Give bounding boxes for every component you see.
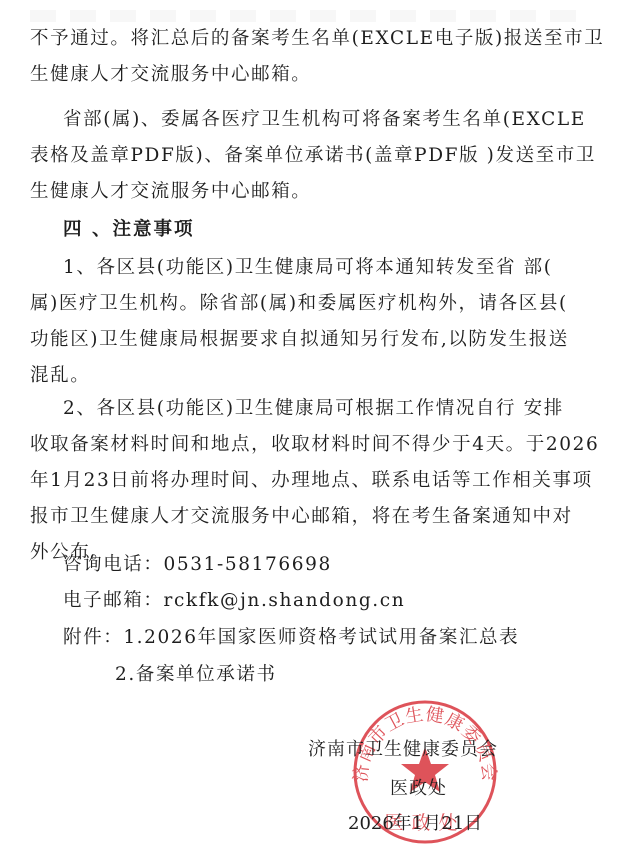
contact-phone-row: 咨询电话：0531-58176698 xyxy=(63,553,332,577)
section-heading: 四 、注意事项 xyxy=(63,218,194,242)
paragraph-line: 生健康人才交流服务中心邮箱。 xyxy=(30,63,311,87)
note-line: 属)医疗卫生机构。除省部(属)和委属医疗机构外，请各区县( xyxy=(30,292,568,316)
phone-label: 咨询电话： xyxy=(63,554,164,575)
note-line: 1、各区县(功能区)卫生健康局可将本通知转发至省 部( xyxy=(63,256,553,280)
bleed-through-text xyxy=(30,10,590,22)
note-line: 收取备案材料时间和地点，收取材料时间不得少于4天。于2026 xyxy=(30,433,599,457)
attachment-item: 1.2026年国家医师资格考试试用备案汇总表 xyxy=(123,627,519,648)
phone-number: 0531-58176698 xyxy=(164,554,332,575)
signature-date: 2026年1月21日 xyxy=(348,812,482,836)
attachments-label: 附件： xyxy=(63,627,123,648)
signature-department: 医政处 xyxy=(390,777,447,801)
email-address: rckfk@jn.shandong.cn xyxy=(164,590,406,611)
contact-email-row: 电子邮箱：rckfk@jn.shandong.cn xyxy=(63,589,405,613)
paragraph-line: 表格及盖章PDF版)、备案单位承诺书(盖章PDF版 )发送至市卫 xyxy=(30,144,596,168)
paragraph-line: 省部(属)、委属各医疗卫生机构可将备案考生名单(EXCLE xyxy=(63,108,586,132)
note-line: 功能区)卫生健康局根据要求自拟通知另行发布,以防发生报送 xyxy=(30,328,569,352)
note-line: 混乱。 xyxy=(30,364,90,388)
note-line: 年1月23日前将办理时间、办理地点、联系电话等工作相关事项 xyxy=(30,469,593,493)
paragraph-line: 生健康人才交流服务中心邮箱。 xyxy=(30,180,311,204)
attachments-row: 附件：1.2026年国家医师资格考试试用备案汇总表 xyxy=(63,626,519,650)
note-line: 2、各区县(功能区)卫生健康局可根据工作情况自行 安排 xyxy=(63,397,564,421)
email-label: 电子邮箱： xyxy=(63,590,164,611)
paragraph-line: 不予通过。将汇总后的备案考生名单(EXCLE电子版)报送至市卫 xyxy=(30,27,604,51)
note-line: 报市卫生健康人才交流服务中心邮箱，将在考生备案通知中对 xyxy=(30,505,573,529)
attachment-item: 2.备案单位承诺书 xyxy=(115,663,277,687)
signature-organization: 济南市卫生健康委员会 xyxy=(308,738,498,762)
